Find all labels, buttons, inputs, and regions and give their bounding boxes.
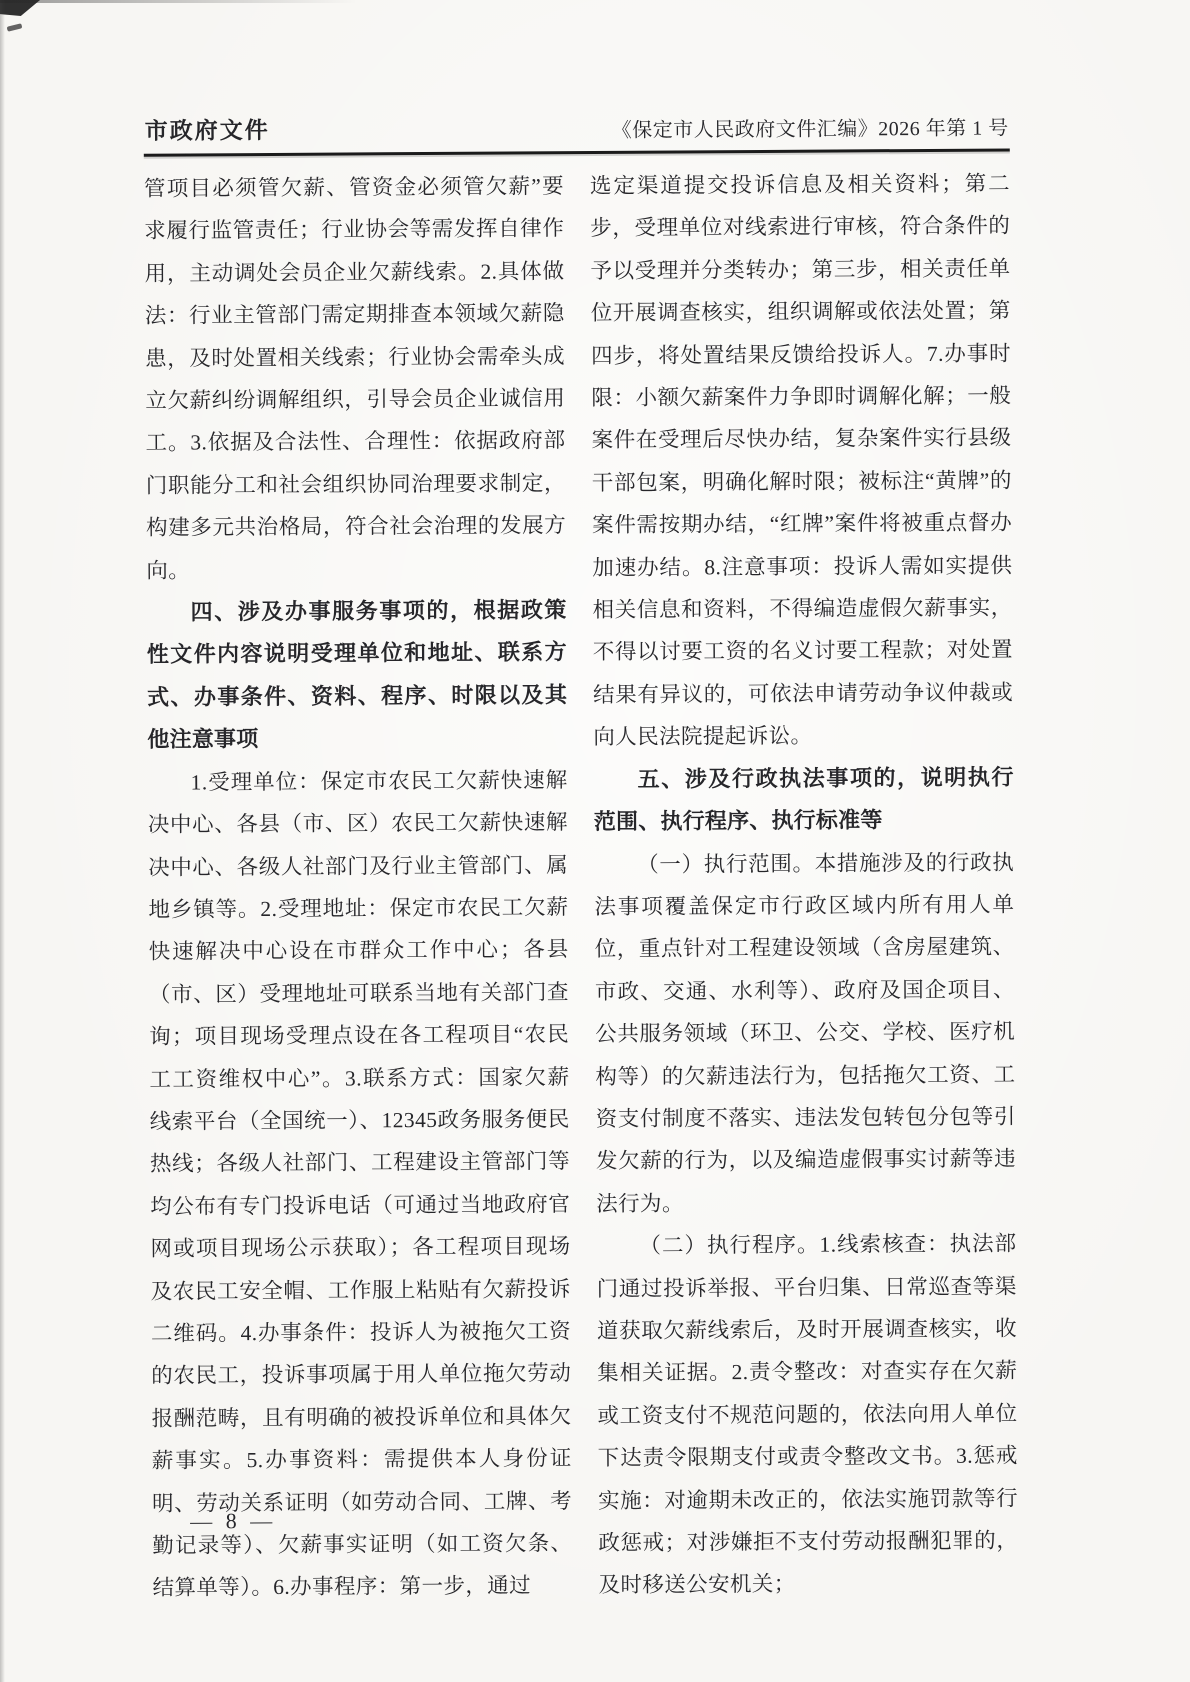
header-rule <box>144 148 1010 156</box>
header-document-category: 市政府文件 <box>145 112 270 146</box>
section-heading-five: 五、涉及行政执法事项的，说明执行范围、执行程序、执行标准等 <box>593 756 1014 843</box>
paragraph-enforcement-procedure: （二）执行程序。1.线索核查：执法部门通过投诉举报、平台归集、日常巡查等渠道获取… <box>596 1223 1018 1607</box>
paragraph-continuation: 管项目必须管欠薪、管资金必须管欠薪”要求履行监管责任；行业协会等需发挥自律作用，… <box>144 165 567 592</box>
header-compilation-title: 《保定市人民政府文件汇编》2026 年第 1 号 <box>612 111 1009 142</box>
text-columns: 管项目必须管欠薪、管资金必须管欠薪”要求履行监管责任；行业协会等需发挥自律作用，… <box>144 162 1019 1609</box>
page-number: — 8 — <box>190 1508 276 1534</box>
page-content: 市政府文件 《保定市人民政府文件汇编》2026 年第 1 号 管项目必须管欠薪、… <box>0 0 1190 1682</box>
paragraph-enforcement-scope: （一）执行范围。本措施涉及的行政执法事项覆盖保定市行政区域内所有用人单位，重点针… <box>594 841 1016 1225</box>
document-page: 市政府文件 《保定市人民政府文件汇编》2026 年第 1 号 管项目必须管欠薪、… <box>0 0 1190 1682</box>
right-column: 选定渠道提交投诉信息及相关资料；第二步，受理单位对线索进行审核，符合条件的予以受… <box>590 162 1019 1606</box>
section-heading-four: 四、涉及办事服务事项的，根据政策性文件内容说明受理单位和地址、联系方式、办事条件… <box>146 589 567 761</box>
page-header: 市政府文件 《保定市人民政府文件汇编》2026 年第 1 号 <box>145 107 1009 145</box>
left-column: 管项目必须管欠薪、管资金必须管欠薪”要求履行监管责任；行业协会等需发挥自律作用，… <box>144 165 573 1609</box>
paragraph-procedure-continuation: 选定渠道提交投诉信息及相关资料；第二步，受理单位对线索进行审核，符合条件的予以受… <box>590 162 1014 758</box>
paragraph-service-items: 1.受理单位：保定市农民工欠薪快速解决中心、各县（市、区）农民工欠薪快速解决中心… <box>148 759 573 1610</box>
page-footer: — 8 — <box>190 1508 276 1535</box>
